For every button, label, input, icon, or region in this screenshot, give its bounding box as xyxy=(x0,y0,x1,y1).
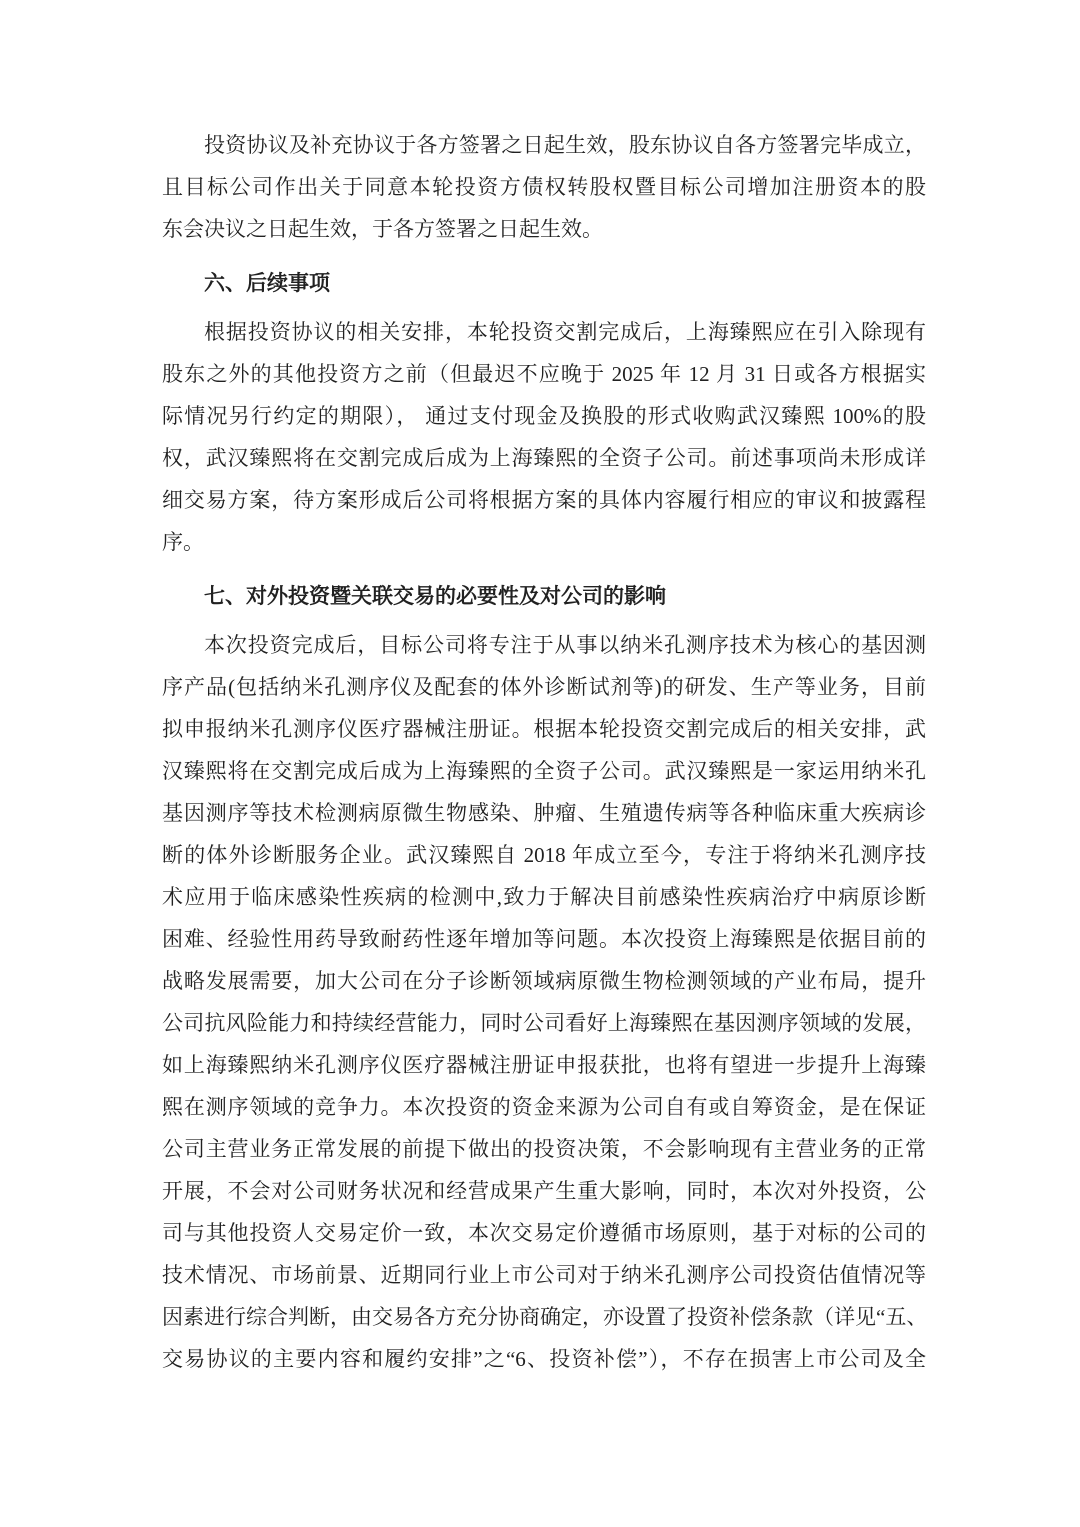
text-line: 战略发展需要，加大公司在分子诊断领域病原微生物检测领域的产业布局，提升 xyxy=(162,960,926,1002)
text-line: 因素进行综合判断，由交易各方充分协商确定，亦设置了投资补偿条款（详见“五、 xyxy=(162,1296,926,1338)
section-7-heading: 七、对外投资暨关联交易的必要性及对公司的影响 xyxy=(162,575,926,617)
text-line: 困难、经验性用药导致耐药性逐年增加等问题。本次投资上海臻熙是依据目前的 xyxy=(162,918,926,960)
text-line: 投资协议及补充协议于各方签署之日起生效，股东协议自各方签署完毕成立， xyxy=(162,124,926,166)
text-line: 序产品(包括纳米孔测序仪及配套的体外诊断试剂等)的研发、生产等业务，目前 xyxy=(162,666,926,708)
text-line: 东会决议之日起生效，于各方签署之日起生效。 xyxy=(162,208,926,250)
document-viewport: { "page": { "background": "#ffffff", "te… xyxy=(0,0,1080,1527)
text-line: 汉臻熙将在交割完成后成为上海臻熙的全资子公司。武汉臻熙是一家运用纳米孔 xyxy=(162,750,926,792)
text-line: 熙在测序领域的竞争力。本次投资的资金来源为公司自有或自筹资金，是在保证 xyxy=(162,1086,926,1128)
text-line: 断的体外诊断服务企业。武汉臻熙自 2018 年成立至今，专注于将纳米孔测序技 xyxy=(162,834,926,876)
text-line: 公司抗风险能力和持续经营能力，同时公司看好上海臻熙在基因测序领域的发展， xyxy=(162,1002,926,1044)
text-line: 本次投资完成后，目标公司将专注于从事以纳米孔测序技术为核心的基因测 xyxy=(162,624,926,666)
text-line: 司与其他投资人交易定价一致，本次交易定价遵循市场原则，基于对标的公司的 xyxy=(162,1212,926,1254)
text-line: 术应用于临床感染性疾病的检测中,致力于解决目前感染性疾病治疗中病原诊断 xyxy=(162,876,926,918)
text-line: 基因测序等技术检测病原微生物感染、肿瘤、生殖遗传病等各种临床重大疾病诊 xyxy=(162,792,926,834)
text-line: 际情况另行约定的期限）， 通过支付现金及换股的形式收购武汉臻熙 100%的股 xyxy=(162,395,926,437)
text-line: 股东之外的其他投资方之前（但最迟不应晚于 2025 年 12 月 31 日或各方… xyxy=(162,353,926,395)
document-page: 投资协议及补充协议于各方签署之日起生效，股东协议自各方签署完毕成立，且目标公司作… xyxy=(0,0,1080,1527)
text-line: 如上海臻熙纳米孔测序仪医疗器械注册证申报获批，也将有望进一步提升上海臻 xyxy=(162,1044,926,1086)
text-line: 交易协议的主要内容和履约安排”之“6、投资补偿”），不存在损害上市公司及全 xyxy=(162,1338,926,1380)
document-body: 投资协议及补充协议于各方签署之日起生效，股东协议自各方签署完毕成立，且目标公司作… xyxy=(162,124,926,1380)
text-line: 权，武汉臻熙将在交割完成后成为上海臻熙的全资子公司。前述事项尚未形成详 xyxy=(162,437,926,479)
section-6-heading: 六、后续事项 xyxy=(162,262,926,304)
para-follow-up-matters: 根据投资协议的相关安排，本轮投资交割完成后，上海臻熙应在引入除现有股东之外的其他… xyxy=(162,311,926,563)
text-line: 序。 xyxy=(162,521,926,563)
text-line: 细交易方案，待方案形成后公司将根据方案的具体内容履行相应的审议和披露程 xyxy=(162,479,926,521)
para-agreement-effectiveness: 投资协议及补充协议于各方签署之日起生效，股东协议自各方签署完毕成立，且目标公司作… xyxy=(162,124,926,250)
text-line: 公司主营业务正常发展的前提下做出的投资决策，不会影响现有主营业务的正常 xyxy=(162,1128,926,1170)
text-line: 开展，不会对公司财务状况和经营成果产生重大影响，同时，本次对外投资，公 xyxy=(162,1170,926,1212)
text-line: 技术情况、市场前景、近期同行业上市公司对于纳米孔测序公司投资估值情况等 xyxy=(162,1254,926,1296)
text-line: 且目标公司作出关于同意本轮投资方债权转股权暨目标公司增加注册资本的股 xyxy=(162,166,926,208)
text-line: 拟申报纳米孔测序仪医疗器械注册证。根据本轮投资交割完成后的相关安排，武 xyxy=(162,708,926,750)
text-line: 根据投资协议的相关安排，本轮投资交割完成后，上海臻熙应在引入除现有 xyxy=(162,311,926,353)
para-necessity-and-impact: 本次投资完成后，目标公司将专注于从事以纳米孔测序技术为核心的基因测序产品(包括纳… xyxy=(162,624,926,1380)
